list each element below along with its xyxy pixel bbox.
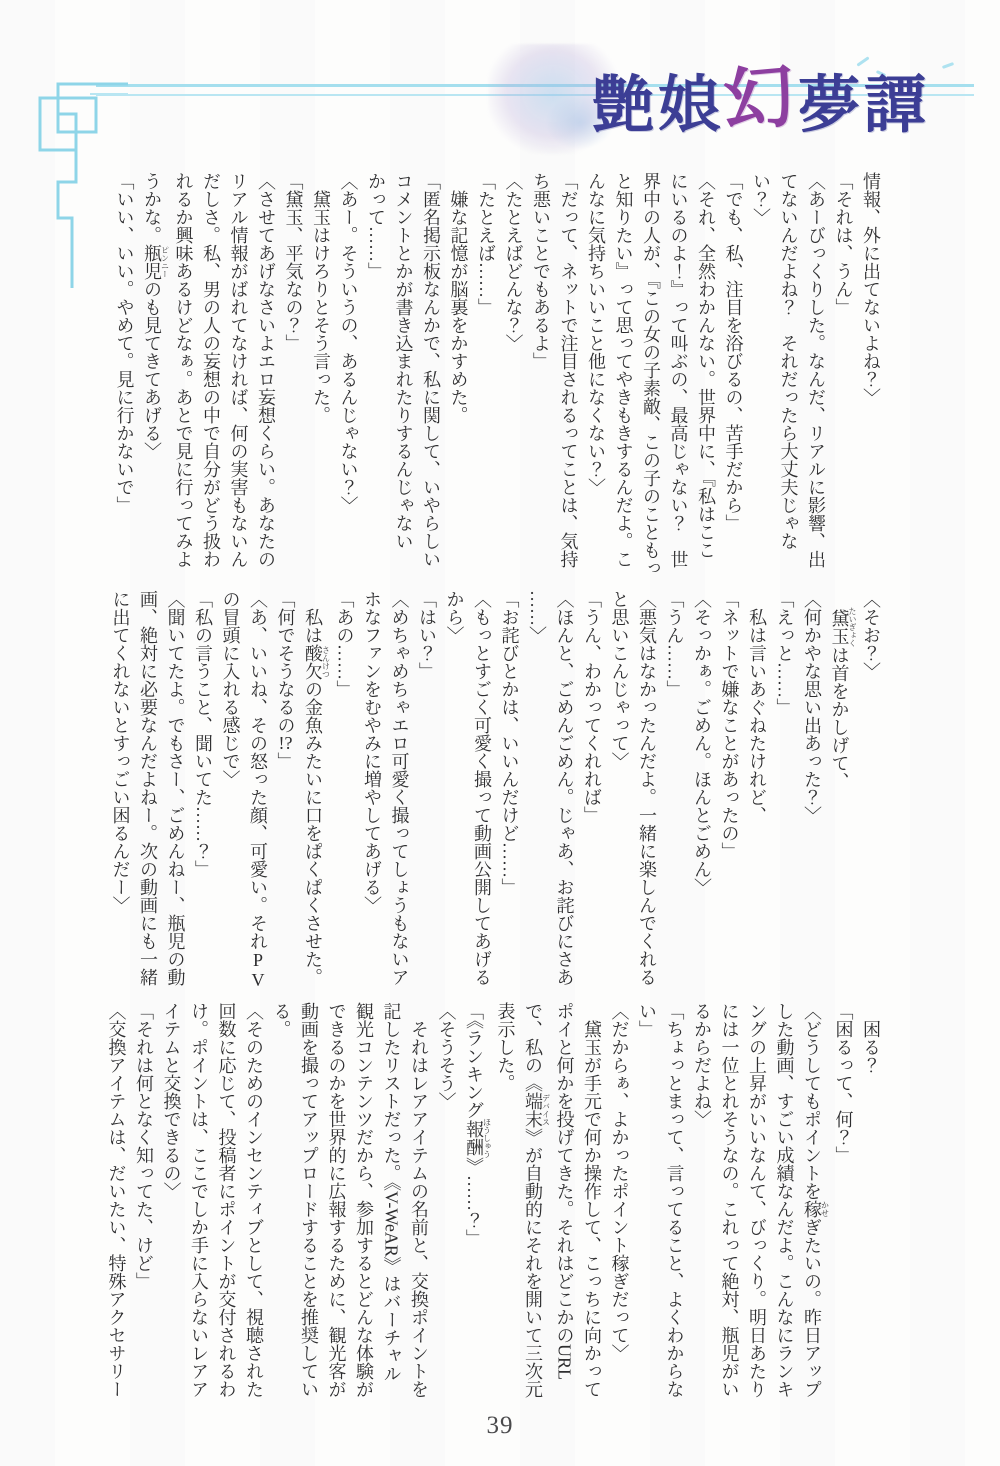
- text-line: 〈どうしてもポイントを稼かせぎたいの。昨日アップ: [798, 1002, 830, 1426]
- text-line: 動画を撮ってアップロードすることを推奨してい: [295, 1002, 323, 1426]
- text-line: け。ポイントは、ここでしか手に入らないレアア: [185, 1002, 213, 1426]
- text-line: 〈悪気はなかったんだよ。一緒に楽しんでくれる: [633, 590, 661, 1014]
- text-line: 情報、外に出てないよね？〉: [857, 172, 885, 596]
- text-line: 私は言いあぐねたけれど、: [743, 590, 771, 1014]
- text-line: ングの上昇がいいなんて、びっくり。明日あたり: [743, 1002, 771, 1426]
- text-line: 黛玉が手元で何か操作して、こっちに向かって: [578, 1002, 606, 1426]
- text-line: だしさ。私、男の人の妄想の中で自分がどう扱わ: [197, 172, 225, 596]
- text-line: 〈何かやな思い出あった？〉: [798, 590, 826, 1014]
- text-line: で、私の《端末デバイス》が自動的にそれを開いて三次元: [519, 1002, 551, 1426]
- text-line: 〈あー。そういうの、あるんじゃない？〉: [334, 172, 362, 596]
- text-line: 〈もっとすごく可愛く撮って動画公開してあげる: [468, 590, 496, 1014]
- text-line: んなに気持ちいいこと他になくない？〉: [582, 172, 610, 596]
- text-line: の冒頭に入れる感じで〉: [216, 590, 244, 1014]
- text-line: 「黛玉、平気なの？」: [279, 172, 307, 596]
- text-line: てないんだよね？ それだったら大丈夫じゃな: [774, 172, 802, 596]
- text-line: 「何でそうなるの!?」: [271, 590, 299, 1014]
- text-line: 〈あーびっくりした。なんだ、リアルに影響、出: [802, 172, 830, 596]
- series-title-accent: 幻: [719, 39, 802, 146]
- page-number: 39: [0, 1412, 1000, 1440]
- text-line: 「うん、わかってくれれば」: [578, 590, 606, 1014]
- text-line: 〈だからぁ、よかったポイント稼ぎだって〉: [605, 1002, 633, 1426]
- text-line: 〈ほんと、ごめんごめん。じゃあ、お詫びにさあ: [550, 590, 578, 1014]
- text-line: コメントとかが書き込まれたりするんじゃない: [389, 172, 417, 596]
- text-line: イテムと交換できるの〉: [157, 1002, 185, 1426]
- text-line: から〉: [440, 590, 468, 1014]
- text-line: には一位とれそうなの。これって絶対、瓶児がい: [715, 1002, 743, 1426]
- text-line: るからだよね〉: [688, 1002, 716, 1426]
- text-line: 「えっと……」: [770, 590, 798, 1014]
- text-line: それはレアアイテムの名前と、交換ポイントを: [405, 1002, 433, 1426]
- text-line: ポイと何かを投げてきた。それはどこかのURL: [550, 1002, 578, 1426]
- text-band-1: 情報、外に出てないよね？〉「それは、うん」〈あーびっくりした。なんだ、リアルに影…: [110, 172, 884, 596]
- text-band-3: 困る？「困るって、何？」〈どうしてもポイントを稼かせぎたいの。昨日アップした動画…: [102, 1002, 884, 1426]
- text-line: 〈そっかぁ。ごめん。ほんとごめん〉: [688, 590, 716, 1014]
- text-line: 「ネットで嫌なことがあったの」: [715, 590, 743, 1014]
- text-line: と思いこんじゃって〉: [605, 590, 633, 1014]
- text-line: 回数に応じて、投稿者にポイントが交付されるわ: [212, 1002, 240, 1426]
- text-line: い？〉: [747, 172, 775, 596]
- text-line: できるのかを世界的に広報するために、観光客が: [322, 1002, 350, 1426]
- sparkle-icon: [942, 62, 954, 69]
- text-line: 「お詫びとかは、いいんだけど……」: [495, 590, 523, 1014]
- text-line: 界中の人が、『この女の子素敵、この子のこともっ: [637, 172, 665, 596]
- text-line: れるか興味あるけどなぁ。あとで見に行ってみよ: [169, 172, 197, 596]
- text-line: 私は酸欠さんけつの金魚みたいに口をぱくぱくさせた。: [299, 590, 331, 1014]
- text-line: 「《ランキング報酬ほうしゅう》……？」: [460, 1002, 492, 1426]
- series-title-part1: 艶娘: [592, 72, 724, 140]
- text-line: 「それは何となく知ってた、けど」: [130, 1002, 158, 1426]
- text-line: 嫌な記憶が脳裏をかすめた。: [444, 172, 472, 596]
- text-line: 記したリストだった。《V-WeAR》はバーチャル: [377, 1002, 405, 1426]
- text-line: ホなファンをむやみに増やしてあげる〉: [358, 590, 386, 1014]
- text-line: 「匿名掲示板なんかで、私に関して、いやらしい: [417, 172, 445, 596]
- text-band-2: 〈そお？〉 黛玉たいぎょくは首をかしげて、〈何かやな思い出あった？〉「えっと………: [106, 590, 884, 1014]
- text-line: 「いい、いい。やめて。見に行かないで」: [110, 172, 138, 596]
- series-title: 艶娘幻夢譚: [592, 46, 930, 147]
- text-line: 〈そうそう〉: [432, 1002, 460, 1426]
- text-line: 〈それ、全然わかんない。世界中に、『私はここ: [692, 172, 720, 596]
- text-line: かって……」: [362, 172, 390, 596]
- book-page: { "header": { "title_part1": "艶娘", "titl…: [0, 0, 1000, 1466]
- text-line: した動画、すごい成績なんだよ。こんなにランキ: [770, 1002, 798, 1426]
- text-line: 「ちょっとまって、言ってること、よくわからな: [660, 1002, 688, 1426]
- text-line: 〈聞いてたよ。でもさー、ごめんねー、瓶児の動: [161, 590, 189, 1014]
- text-line: 表示した。: [491, 1002, 519, 1426]
- text-line: 〈そお？〉: [857, 590, 885, 1014]
- text-line: リアル情報がばれてなければ、何の実害もないん: [224, 172, 252, 596]
- text-line: 〈たとえばどんな？〉: [499, 172, 527, 596]
- text-line: 〈めちゃめちゃエロ可愛く撮ってしょうもないア: [385, 590, 413, 1014]
- text-line: 「あの……」: [330, 590, 358, 1014]
- text-line: 「だって、ネットで注目されるってことは、気持: [554, 172, 582, 596]
- text-line: 困る？: [857, 1002, 885, 1426]
- text-line: 「私の言うこと、聞いてた……？」: [189, 590, 217, 1014]
- text-line: うかな。瓶児ピンニーのも見てきてあげる〉: [138, 172, 170, 596]
- text-line: ……〉: [523, 590, 551, 1014]
- text-line: と知りたい』って思ってやきもきするんだよ。こ: [609, 172, 637, 596]
- text-line: 「うん……」: [660, 590, 688, 1014]
- text-line: る。: [267, 1002, 295, 1426]
- text-line: 「困るって、何？」: [829, 1002, 857, 1426]
- series-title-part2: 夢譚: [798, 72, 930, 140]
- text-line: 〈させてあげなさいよエロ妄想くらい。あなたの: [252, 172, 280, 596]
- text-line: に出てくれないとすっごい困るんだー〉: [106, 590, 134, 1014]
- text-line: 「たとえば……」: [472, 172, 500, 596]
- text-line: 〈交換アイテムは、だいたい、特殊アクセサリー: [102, 1002, 130, 1426]
- text-line: い」: [633, 1002, 661, 1426]
- text-line: 「それは、うん」: [829, 172, 857, 596]
- text-line: 〈あ、いいね、その怒った顔、可愛い。それPV: [244, 590, 272, 1014]
- text-line: 黛玉はけろりとそう言った。: [307, 172, 335, 596]
- text-line: 〈そのためのインセンティブとして、視聴された: [240, 1002, 268, 1426]
- text-line: 画、絶対に必要なんだよねー。次の動画にも一緒: [134, 590, 162, 1014]
- text-line: ち悪いことでもあるよ」: [527, 172, 555, 596]
- text-line: 黛玉たいぎょくは首をかしげて、: [825, 590, 857, 1014]
- text-line: にいるのよ！』って叫ぶの、最高じゃない？ 世: [664, 172, 692, 596]
- text-line: 観光コンテンツだから、参加するとどんな体験が: [350, 1002, 378, 1426]
- text-line: 「はい？」: [413, 590, 441, 1014]
- text-line: 「でも、私、注目を浴びるの、苦手だから」: [719, 172, 747, 596]
